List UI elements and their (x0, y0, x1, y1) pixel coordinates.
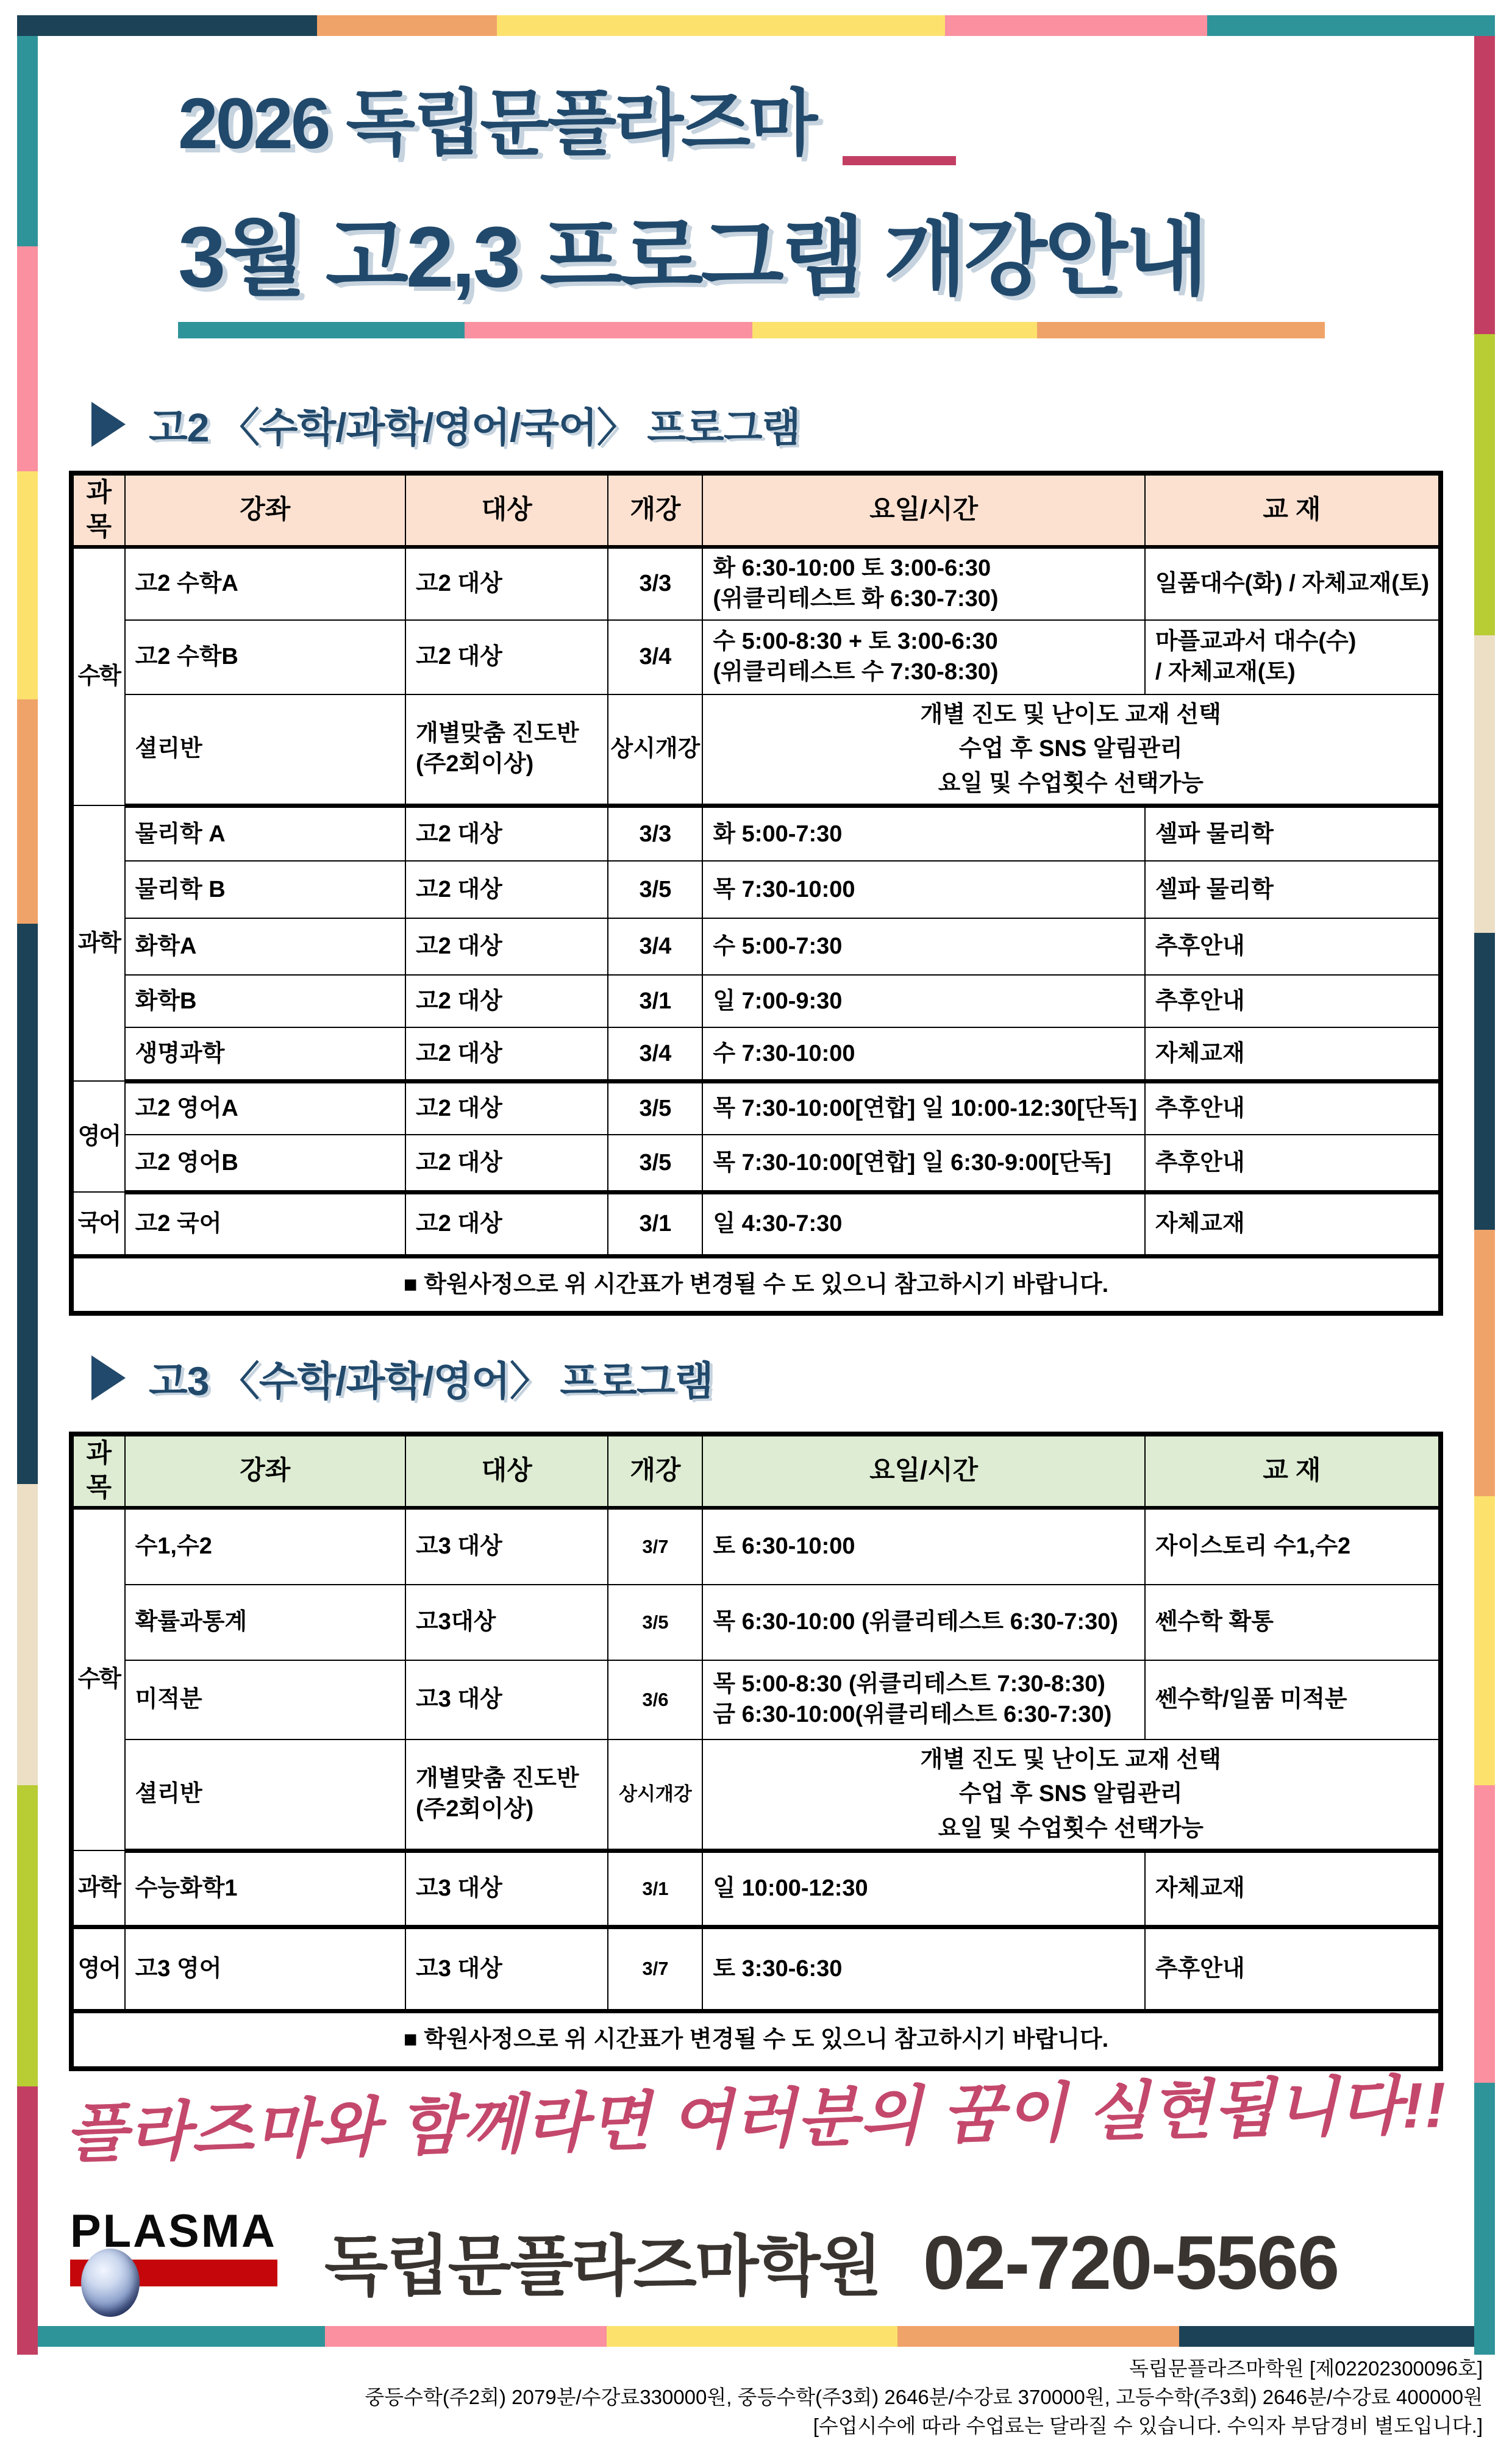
decor-segment (17, 471, 38, 699)
target-cell: 고3 대상 (405, 1850, 608, 1927)
schedule-cell: 목 5:00-8:30 (위클리테스트 7:30-8:30)금 6:30-10:… (702, 1660, 1144, 1739)
decor-segment (465, 322, 752, 338)
decor-segment (1474, 334, 1495, 635)
cell-line: 추후안내 (1155, 1094, 1433, 1124)
schedule-cell: 일 4:30-7:30 (702, 1192, 1144, 1256)
decor-segment (1037, 322, 1325, 338)
program-table: 과목강좌대상개강요일/시간교 재수학고2 수학A고2 대상3/3화 6:30-1… (69, 471, 1443, 1316)
title-underline-accent (843, 156, 956, 165)
material-cell: 자체교재 (1145, 1850, 1441, 1927)
start-date-cell: 상시개강 (608, 1739, 702, 1851)
go2-program-table-container: 과목강좌대상개강요일/시간교 재수학고2 수학A고2 대상3/3화 6:30-1… (69, 471, 1443, 1316)
column-header: 요일/시간 (702, 473, 1144, 547)
decor-segment (497, 15, 945, 36)
schedule-cell: 수 5:00-7:30 (702, 918, 1144, 975)
earth-icon (81, 2249, 140, 2317)
table-notice-row: ■ 학원사정으로 위 시간표가 변경될 수 도 있으니 참고하시기 바랍니다. (71, 1256, 1441, 1313)
cell-line: 요일 및 수업횟수 선택가능 (704, 1814, 1438, 1844)
cell-line: 고2 수학A (135, 569, 400, 599)
column-header: 강좌 (125, 473, 405, 547)
cell-line: 일 10:00-12:30 (713, 1874, 1139, 1904)
decor-segment (1474, 1496, 1495, 1785)
start-date-cell: 3/5 (608, 1081, 702, 1135)
cell-line: 개별 진도 및 난이도 교재 선택 (704, 1745, 1438, 1775)
target-cell: 고2 대상 (405, 861, 608, 918)
cell-line: 추후안내 (1155, 987, 1433, 1016)
decor-segment (1474, 933, 1495, 1230)
decor-segment (1474, 36, 1495, 334)
course-cell: 고2 국어 (125, 1192, 405, 1256)
start-date-cell: 3/3 (608, 547, 702, 620)
course-cell: 미적분 (125, 1660, 405, 1739)
poster-title-year: 2026 독립문플라즈마 (178, 87, 815, 162)
course-cell: 생명과학 (125, 1027, 405, 1081)
cell-line: 셜리반 (135, 1779, 400, 1809)
cell-line: 수능화학1 (135, 1874, 400, 1904)
start-date-cell: 3/6 (608, 1660, 702, 1739)
cell-line: 고2 영어A (135, 1094, 400, 1124)
cell-line: 일 7:00-9:30 (713, 987, 1139, 1016)
table-row: 확률과통계고3대상3/5목 6:30-10:00 (위클리테스트 6:30-7:… (71, 1585, 1441, 1660)
table-header-row: 과목강좌대상개강요일/시간교 재 (71, 1434, 1441, 1508)
cell-line: 3/5 (609, 1094, 701, 1124)
decor-segment (17, 246, 38, 471)
table-row: 화학A고2 대상3/4수 5:00-7:30추후안내 (71, 918, 1441, 975)
target-cell: 고2 대상 (405, 547, 608, 620)
cell-line: 마플교과서 대수(수) (1155, 627, 1433, 657)
table-row: 셜리반개별맞춤 진도반(주2회이상)상시개강개별 진도 및 난이도 교재 선택수… (71, 1739, 1441, 1851)
cell-line: 3/4 (609, 1039, 701, 1069)
target-cell: 고2 대상 (405, 918, 608, 975)
decor-segment (607, 2326, 897, 2347)
cell-line: 3/5 (609, 875, 701, 905)
material-cell: 추후안내 (1145, 975, 1441, 1027)
cell-line: 생명과학 (135, 1039, 400, 1069)
course-cell: 수능화학1 (125, 1850, 405, 1927)
column-header: 개강 (608, 473, 702, 547)
start-date-cell: 3/4 (608, 620, 702, 694)
decor-segment (897, 2326, 1179, 2347)
frame-bottom-border (38, 2326, 1474, 2347)
footer-line: 독립문플라즈마학원 [제02202300096호] (0, 2355, 1483, 2383)
course-cell: 고2 영어B (125, 1135, 405, 1192)
target-cell: 고2 대상 (405, 1135, 608, 1192)
column-header: 개강 (608, 1434, 702, 1508)
plasma-logo: PLASMA (70, 2208, 280, 2286)
cell-line: 수학 (75, 662, 123, 691)
cell-line: 수 7:30-10:00 (713, 1039, 1139, 1069)
frame-left-border (17, 36, 38, 2355)
cell-line: 셀파 물리학 (1155, 819, 1433, 849)
target-cell: 고2 대상 (405, 975, 608, 1027)
academy-contact-line: 독립문플라즈마학원 02-720-5566 (324, 2213, 1338, 2308)
table-row: 영어고2 영어A고2 대상3/5목 7:30-10:00[연합] 일 10:00… (71, 1081, 1441, 1135)
course-cell: 고2 수학B (125, 620, 405, 694)
decor-segment (1207, 15, 1495, 36)
cell-line: 고2 대상 (416, 1148, 602, 1178)
cell-line: 수업 후 SNS 알림관리 (704, 734, 1438, 764)
material-cell: 추후안내 (1145, 1927, 1441, 2011)
subject-cell: 과학 (71, 805, 125, 1081)
decor-segment (17, 15, 317, 36)
cell-line: 수 5:00-8:30 + 토 3:00-6:30 (713, 627, 1139, 657)
material-cell: 자체교재 (1145, 1027, 1441, 1081)
cell-line: 수 5:00-7:30 (713, 932, 1139, 962)
arrow-right-icon (91, 402, 126, 447)
start-date-cell: 3/4 (608, 918, 702, 975)
material-cell: 마플교과서 대수(수)/ 자체교재(토) (1145, 620, 1441, 694)
cell-line: 고3 영어 (135, 1954, 400, 1984)
cell-line: 3/5 (609, 1610, 701, 1635)
target-cell: 고2 대상 (405, 1192, 608, 1256)
target-cell: 고3 대상 (405, 1660, 608, 1739)
arrow-right-icon (91, 1355, 126, 1400)
cell-line: 화학B (135, 987, 400, 1016)
merged-description-cell: 개별 진도 및 난이도 교재 선택수업 후 SNS 알림관리요일 및 수업횟수 … (702, 694, 1441, 806)
title-underline-bar (178, 322, 1325, 338)
footer-legal: 독립문플라즈마학원 [제02202300096호] 중등수학(주2회) 2079… (0, 2355, 1483, 2441)
start-date-cell: 3/7 (608, 1508, 702, 1585)
subject-cell: 영어 (71, 1927, 125, 2011)
cell-line: 개별맞춤 진도반 (416, 1764, 602, 1794)
target-cell: 고3 대상 (405, 1927, 608, 2011)
schedule-cell: 토 3:30-6:30 (702, 1927, 1144, 2011)
cell-line: 수1,수2 (135, 1532, 400, 1561)
schedule-cell: 수 5:00-8:30 + 토 3:00-6:30(위클리테스트 수 7:30-… (702, 620, 1144, 694)
cell-line: 자체교재 (1155, 1874, 1433, 1904)
start-date-cell: 3/5 (608, 1585, 702, 1660)
academy-name: 독립문플라즈마학원 (324, 2213, 880, 2308)
cell-line: 일품대수(화) / 자체교재(토) (1155, 569, 1433, 599)
target-cell: 고3대상 (405, 1585, 608, 1660)
course-cell: 확률과통계 (125, 1585, 405, 1660)
cell-line: 상시개강 (609, 734, 701, 764)
cell-line: 영어 (75, 1122, 123, 1152)
subject-cell: 국어 (71, 1192, 125, 1256)
start-date-cell: 3/1 (608, 1850, 702, 1927)
cell-line: 3/3 (609, 819, 701, 849)
cell-line: 고3 대상 (416, 1954, 602, 1984)
table-header-row: 과목강좌대상개강요일/시간교 재 (71, 473, 1441, 547)
course-cell: 셜리반 (125, 694, 405, 806)
schedule-cell: 수 7:30-10:00 (702, 1027, 1144, 1081)
cell-line: (위클리테스트 수 7:30-8:30) (713, 657, 1139, 687)
cell-line: 고3대상 (416, 1607, 602, 1637)
target-cell: 고2 대상 (405, 1081, 608, 1135)
start-date-cell: 상시개강 (608, 694, 702, 806)
start-date-cell: 3/3 (608, 805, 702, 861)
schedule-cell: 목 7:30-10:00 (702, 861, 1144, 918)
cell-line: 고2 영어B (135, 1148, 400, 1178)
cell-line: 물리학 A (135, 819, 400, 849)
schedule-cell: 일 10:00-12:30 (702, 1850, 1144, 1927)
course-cell: 고3 영어 (125, 1927, 405, 2011)
merged-description-cell: 개별 진도 및 난이도 교재 선택수업 후 SNS 알림관리요일 및 수업횟수 … (702, 1739, 1441, 1851)
cell-line: 목 7:30-10:00 (713, 875, 1139, 905)
start-date-cell: 3/1 (608, 975, 702, 1027)
section-title-go3: 고3 〈수학/과학/영어〉 프로그램 (91, 1349, 713, 1407)
cell-line: 목 6:30-10:00 (위클리테스트 6:30-7:30) (713, 1607, 1139, 1637)
material-cell: 셀파 물리학 (1145, 861, 1441, 918)
decor-segment (1474, 2083, 1495, 2355)
frame-top-border (17, 15, 1495, 36)
schedule-cell: 목 7:30-10:00[연합] 일 6:30-9:00[단독] (702, 1135, 1144, 1192)
start-date-cell: 3/5 (608, 861, 702, 918)
cell-line: 셜리반 (135, 734, 400, 764)
cell-line: 고2 대상 (416, 819, 602, 849)
cell-line: 요일 및 수업횟수 선택가능 (704, 769, 1438, 799)
decor-segment (752, 322, 1037, 338)
table-row: 과학물리학 A고2 대상3/3화 5:00-7:30셀파 물리학 (71, 805, 1441, 861)
cell-line: 추후안내 (1155, 932, 1433, 962)
target-cell: 고2 대상 (405, 1027, 608, 1081)
cell-line: 수학 (75, 1665, 123, 1694)
course-cell: 수1,수2 (125, 1508, 405, 1585)
schedule-cell: 화 6:30-10:00 토 3:00-6:30(위클리테스트 화 6:30-7… (702, 547, 1144, 620)
program-table: 과목강좌대상개강요일/시간교 재수학수1,수2고3 대상3/7토 6:30-10… (69, 1432, 1443, 2071)
phone-number: 02-720-5566 (923, 2220, 1338, 2307)
decor-segment (945, 15, 1207, 36)
decor-segment (17, 924, 38, 1484)
schedule-cell: 목 7:30-10:00[연합] 일 10:00-12:30[단독] (702, 1081, 1144, 1135)
course-cell: 화학B (125, 975, 405, 1027)
cell-line: 고3 대상 (416, 1532, 602, 1561)
cell-line: 목 5:00-8:30 (위클리테스트 7:30-8:30) (713, 1669, 1139, 1699)
decor-segment (1474, 1230, 1495, 1496)
cell-line: 3/4 (609, 932, 701, 962)
cell-line: 자체교재 (1155, 1039, 1433, 1069)
cell-line: 고2 대상 (416, 642, 602, 672)
cell-line: 과학 (75, 1873, 123, 1903)
cell-line: 개별 진도 및 난이도 교재 선택 (704, 700, 1438, 730)
cell-line: 자이스토리 수1,수2 (1155, 1532, 1433, 1561)
cell-line: (위클리테스트 화 6:30-7:30) (713, 584, 1139, 614)
cell-line: 고2 대상 (416, 1209, 602, 1239)
decor-segment (1179, 2326, 1474, 2347)
table-row: 물리학 B고2 대상3/5목 7:30-10:00셀파 물리학 (71, 861, 1441, 918)
column-header: 대상 (405, 1434, 608, 1508)
cell-line: 3/1 (609, 1209, 701, 1239)
cell-line: 상시개강 (609, 1782, 701, 1807)
decor-segment (317, 15, 497, 36)
decor-segment (178, 322, 465, 338)
decor-segment (17, 1484, 38, 1785)
start-date-cell: 3/5 (608, 1135, 702, 1192)
cell-line: 영어 (75, 1954, 123, 1984)
cell-line: 개별맞춤 진도반 (416, 719, 602, 749)
target-cell: 고2 대상 (405, 620, 608, 694)
cell-line: 수업 후 SNS 알림관리 (704, 1779, 1438, 1809)
column-header: 강좌 (125, 1434, 405, 1508)
section-title-text: 고2 〈수학/과학/영어/국어〉 프로그램 (149, 395, 800, 453)
table-row: 고2 영어B고2 대상3/5목 7:30-10:00[연합] 일 6:30-9:… (71, 1135, 1441, 1192)
cell-line: 목 7:30-10:00[연합] 일 10:00-12:30[단독] (713, 1094, 1139, 1124)
cell-line: 자체교재 (1155, 1209, 1433, 1239)
cell-line: 3/1 (609, 987, 701, 1016)
cell-line: 3/5 (609, 1148, 701, 1178)
cell-line: 3/1 (609, 1877, 701, 1901)
material-cell: 일품대수(화) / 자체교재(토) (1145, 547, 1441, 620)
cell-line: 미적분 (135, 1685, 400, 1714)
course-cell: 물리학 A (125, 805, 405, 861)
poster-title-main: 3월 고2,3 프로그램 개강안내 (178, 212, 1206, 302)
schedule-cell: 토 6:30-10:00 (702, 1508, 1144, 1585)
table-row: 국어고2 국어고2 대상3/1일 4:30-7:30자체교재 (71, 1192, 1441, 1256)
column-header: 교 재 (1145, 1434, 1441, 1508)
cell-line: 고2 국어 (135, 1209, 400, 1239)
column-header: 요일/시간 (702, 1434, 1144, 1508)
cell-line: 일 4:30-7:30 (713, 1209, 1139, 1239)
cell-line: 고2 대상 (416, 875, 602, 905)
start-date-cell: 3/1 (608, 1192, 702, 1256)
course-cell: 물리학 B (125, 861, 405, 918)
cell-line: 고2 대상 (416, 987, 602, 1016)
cell-line: 과학 (75, 929, 123, 958)
cell-line: 물리학 B (135, 875, 400, 905)
material-cell: 추후안내 (1145, 1135, 1441, 1192)
cell-line: 3/4 (609, 642, 701, 672)
section-title-go2: 고2 〈수학/과학/영어/국어〉 프로그램 (91, 395, 800, 453)
cell-line: (주2회이상) (416, 749, 602, 779)
material-cell: 추후안내 (1145, 1081, 1441, 1135)
table-row: 과학수능화학1고3 대상3/1일 10:00-12:30자체교재 (71, 1850, 1441, 1927)
cell-line: 화 5:00-7:30 (713, 819, 1139, 849)
course-cell: 고2 수학A (125, 547, 405, 620)
cell-line: 토 3:30-6:30 (713, 1954, 1139, 1984)
cell-line: 3/7 (609, 1535, 701, 1559)
cell-line: 추후안내 (1155, 1954, 1433, 1984)
cell-line: 고2 대상 (416, 932, 602, 962)
target-cell: 고3 대상 (405, 1508, 608, 1585)
footer-line: 중등수학(주2회) 2079분/수강료330000원, 중등수학(주3회) 26… (0, 2383, 1483, 2412)
table-row: 고2 수학B고2 대상3/4수 5:00-8:30 + 토 3:00-6:30(… (71, 620, 1441, 694)
target-cell: 개별맞춤 진도반(주2회이상) (405, 694, 608, 806)
cell-line: 고2 수학B (135, 642, 400, 672)
decor-segment (17, 2086, 38, 2355)
start-date-cell: 3/4 (608, 1027, 702, 1081)
cell-line: 3/7 (609, 1957, 701, 1981)
table-row: 생명과학고2 대상3/4수 7:30-10:00자체교재 (71, 1027, 1441, 1081)
decor-segment (38, 2326, 325, 2347)
course-cell: 화학A (125, 918, 405, 975)
schedule-cell: 일 7:00-9:30 (702, 975, 1144, 1027)
decor-segment (17, 1785, 38, 2086)
cell-line: 화학A (135, 932, 400, 962)
table-row: 수학수1,수2고3 대상3/7토 6:30-10:00자이스토리 수1,수2 (71, 1508, 1441, 1585)
cell-line: 쎈수학 확통 (1155, 1607, 1433, 1637)
decor-segment (17, 699, 38, 924)
table-row: 화학B고2 대상3/1일 7:00-9:30추후안내 (71, 975, 1441, 1027)
material-cell: 자이스토리 수1,수2 (1145, 1508, 1441, 1585)
table-row: 셜리반개별맞춤 진도반(주2회이상)상시개강개별 진도 및 난이도 교재 선택수… (71, 694, 1441, 806)
subject-cell: 영어 (71, 1081, 125, 1192)
cell-line: 셀파 물리학 (1155, 875, 1433, 905)
material-cell: 셀파 물리학 (1145, 805, 1441, 861)
course-cell: 고2 영어A (125, 1081, 405, 1135)
material-cell: 자체교재 (1145, 1192, 1441, 1256)
table-row: 미적분고3 대상3/6목 5:00-8:30 (위클리테스트 7:30-8:30… (71, 1660, 1441, 1739)
cell-line: 3/6 (609, 1688, 701, 1712)
cell-line: 고2 대상 (416, 1094, 602, 1124)
decor-segment (1474, 1785, 1495, 2083)
schedule-cell: 목 6:30-10:00 (위클리테스트 6:30-7:30) (702, 1585, 1144, 1660)
material-cell: 쎈수학 확통 (1145, 1585, 1441, 1660)
subject-cell: 수학 (71, 547, 125, 806)
cell-line: 고2 대상 (416, 1039, 602, 1069)
cell-line: 쎈수학/일품 미적분 (1155, 1685, 1433, 1714)
decor-segment (17, 36, 38, 246)
cell-line: 고2 대상 (416, 569, 602, 599)
cell-line: 확률과통계 (135, 1607, 400, 1637)
column-header: 교 재 (1145, 473, 1441, 547)
plasma-logo-text: PLASMA (70, 2208, 280, 2255)
column-header: 과목 (71, 1434, 125, 1508)
cell-line: 고3 대상 (416, 1874, 602, 1904)
go3-program-table-container: 과목강좌대상개강요일/시간교 재수학수1,수2고3 대상3/7토 6:30-10… (69, 1432, 1443, 2071)
material-cell: 추후안내 (1145, 918, 1441, 975)
cell-line: 고3 대상 (416, 1685, 602, 1714)
column-header: 대상 (405, 473, 608, 547)
cell-line: 국어 (75, 1208, 123, 1238)
table-notice: ■ 학원사정으로 위 시간표가 변경될 수 도 있으니 참고하시기 바랍니다. (71, 1256, 1441, 1313)
cell-line: 금 6:30-10:00(위클리테스트 6:30-7:30) (713, 1700, 1139, 1730)
footer-line: [수업시수에 따라 수업료는 달라질 수 있습니다. 수익자 부담경비 별도입니… (0, 2412, 1483, 2441)
target-cell: 고2 대상 (405, 805, 608, 861)
table-row: 영어고3 영어고3 대상3/7토 3:30-6:30추후안내 (71, 1927, 1441, 2011)
subject-cell: 수학 (71, 1508, 125, 1851)
cell-line: / 자체교재(토) (1155, 657, 1433, 687)
column-header: 과목 (71, 473, 125, 547)
cell-line: 화 6:30-10:00 토 3:00-6:30 (713, 554, 1139, 583)
start-date-cell: 3/7 (608, 1927, 702, 2011)
cell-line: 목 7:30-10:00[연합] 일 6:30-9:00[단독] (713, 1148, 1139, 1178)
cell-line: 토 6:30-10:00 (713, 1532, 1139, 1561)
section-title-text: 고3 〈수학/과학/영어〉 프로그램 (149, 1349, 713, 1407)
cell-line: (주2회이상) (416, 1794, 602, 1824)
cell-line: 3/3 (609, 569, 701, 599)
decor-segment (1474, 635, 1495, 933)
subject-cell: 과학 (71, 1850, 125, 1927)
cell-line: 추후안내 (1155, 1148, 1433, 1178)
decor-segment (325, 2326, 607, 2347)
schedule-cell: 화 5:00-7:30 (702, 805, 1144, 861)
frame-right-border (1474, 36, 1495, 2355)
material-cell: 쎈수학/일품 미적분 (1145, 1660, 1441, 1739)
course-cell: 셜리반 (125, 1739, 405, 1851)
target-cell: 개별맞춤 진도반(주2회이상) (405, 1739, 608, 1851)
table-row: 수학고2 수학A고2 대상3/3화 6:30-10:00 토 3:00-6:30… (71, 547, 1441, 620)
